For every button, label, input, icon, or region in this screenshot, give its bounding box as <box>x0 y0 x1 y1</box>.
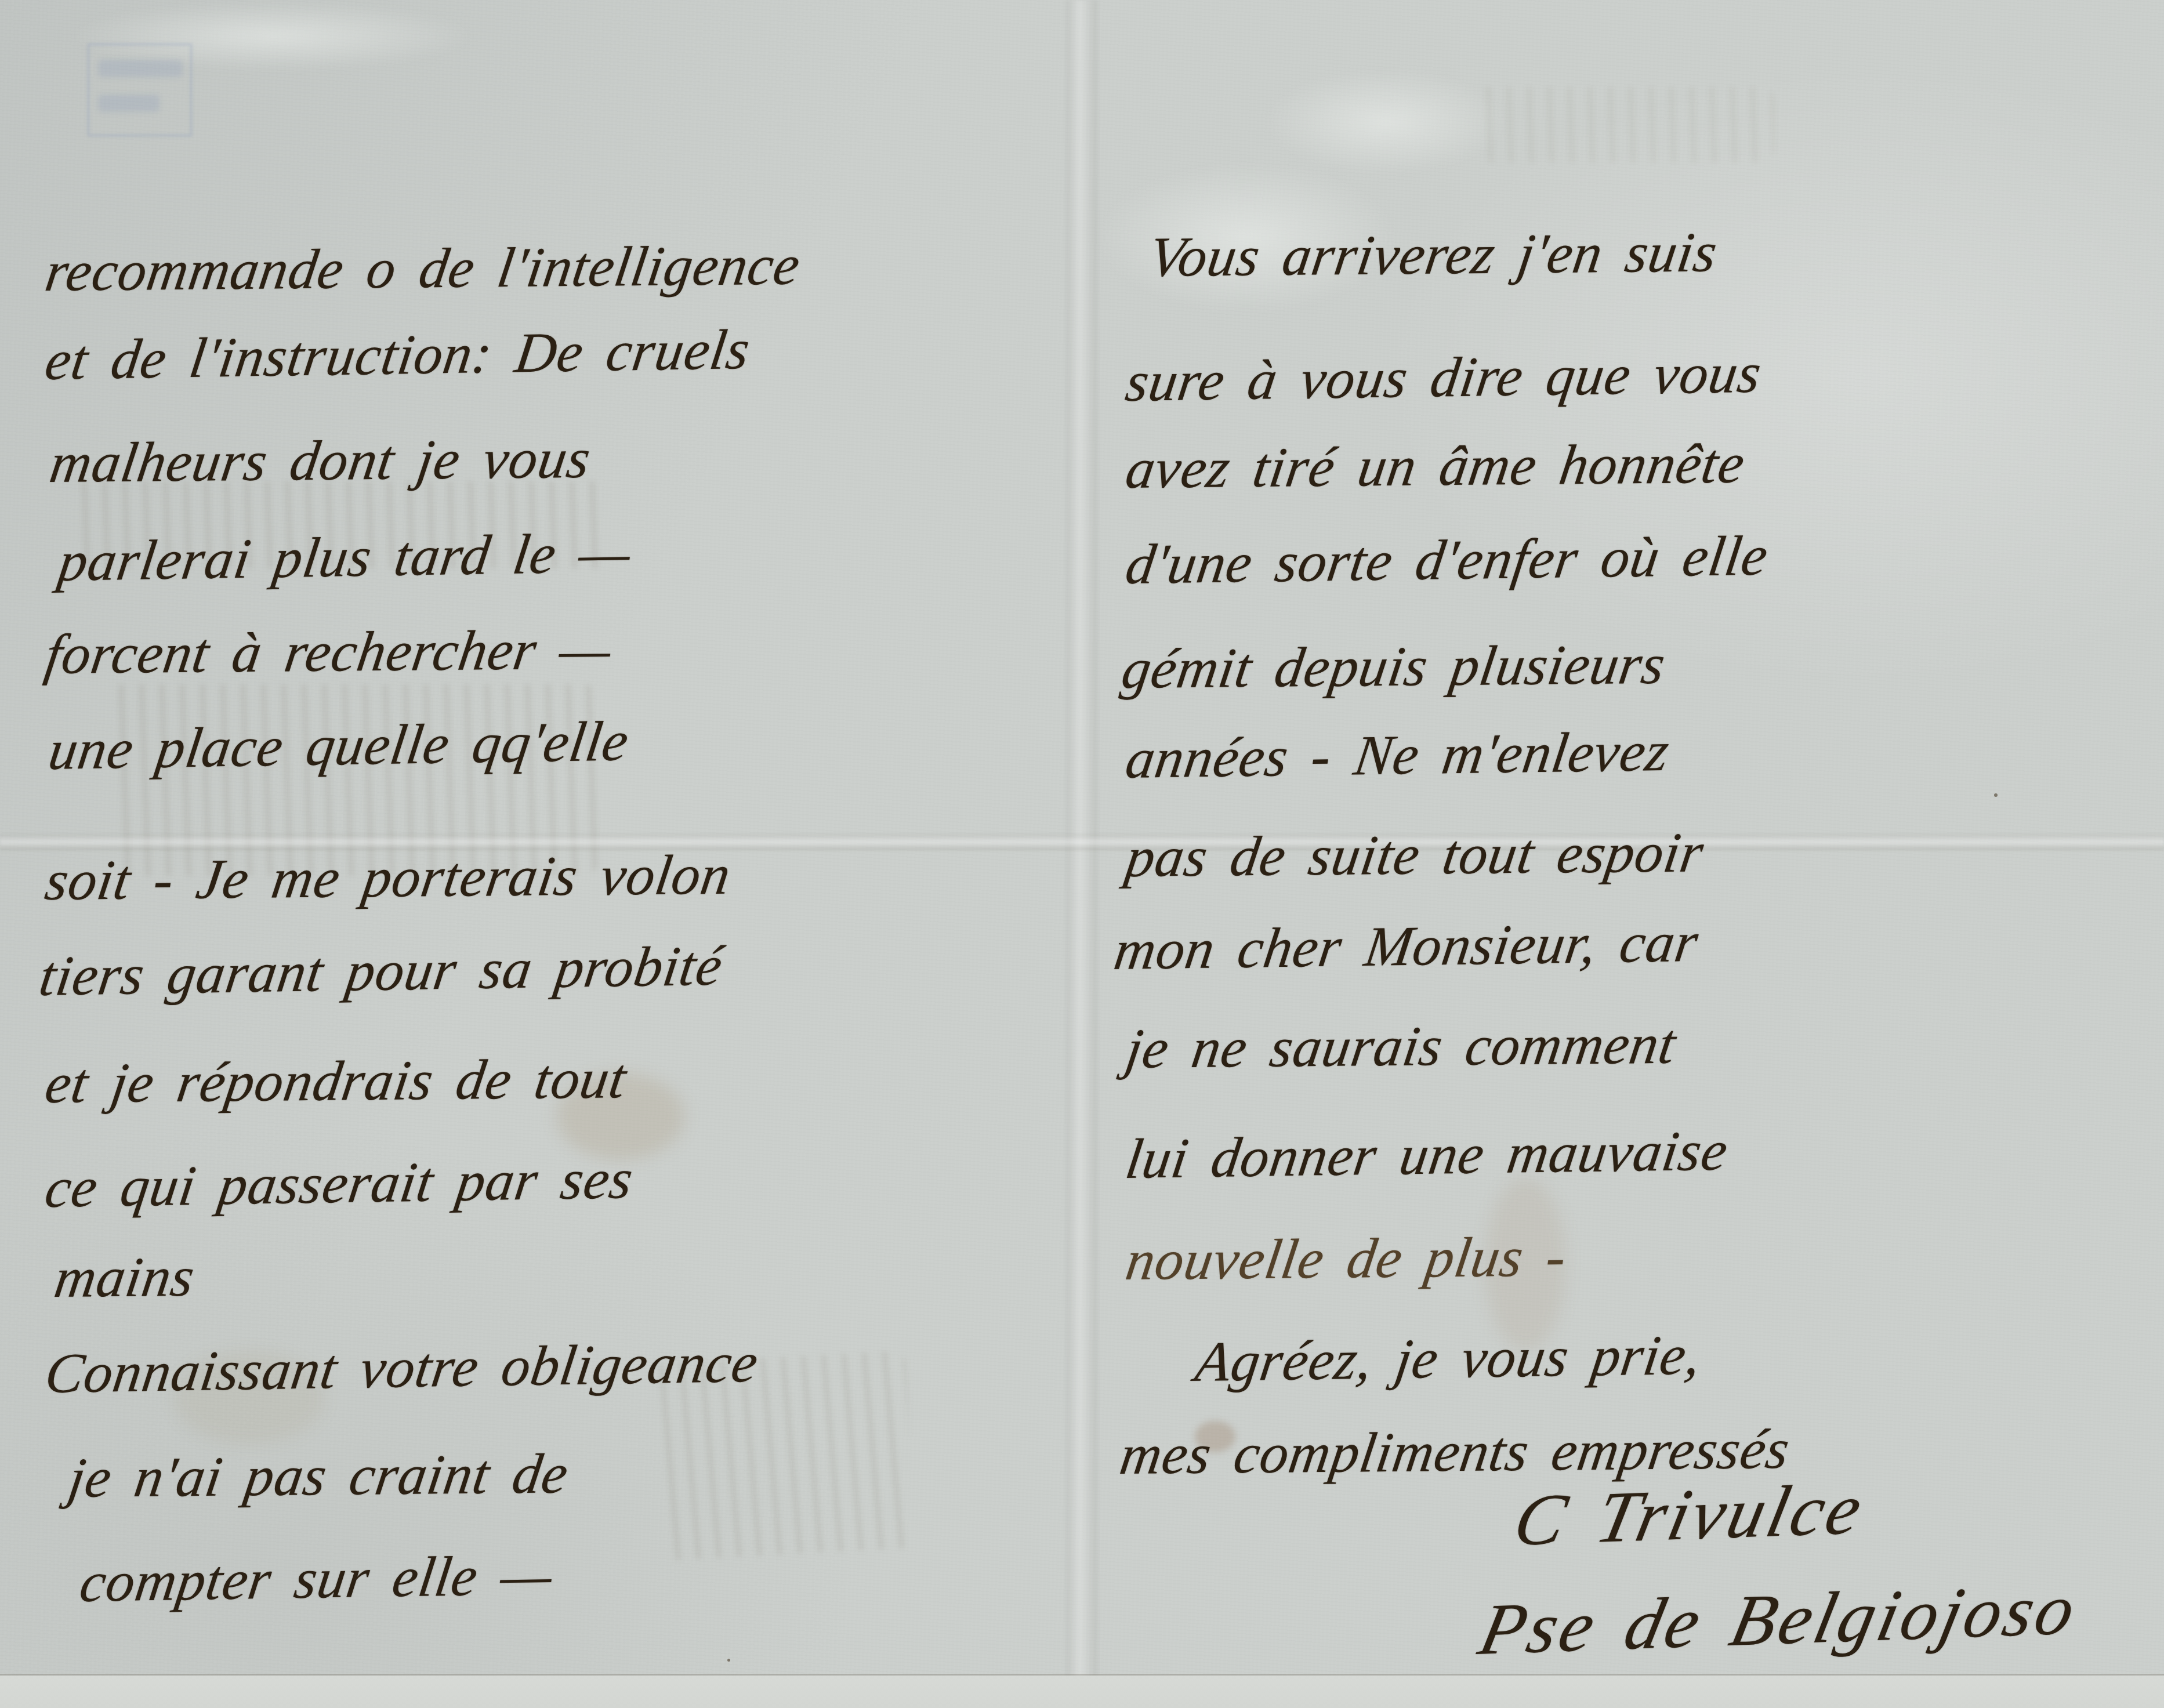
handwritten-line: recommande o de l'intelligence <box>42 237 804 300</box>
handwritten-line: soit - Je me porterais volon <box>42 847 734 909</box>
handwritten-line: compter sur elle — <box>77 1547 556 1611</box>
handwritten-line: mains <box>51 1249 198 1307</box>
handwritten-line: Vous arriverez j'en suis <box>1146 224 1721 286</box>
handwritten-line: lui donner une mauvaise <box>1122 1123 1732 1188</box>
handwritten-line: années - Ne m'enlevez <box>1122 723 1673 788</box>
handwritten-line: tiers garant pour sa probité <box>36 938 726 1005</box>
ink-speck <box>727 1659 730 1662</box>
handwritten-line: je n'ai pas craint de <box>65 1446 572 1507</box>
paper-wrinkle <box>1264 70 1508 174</box>
handwritten-line: ce qui passerait par ses <box>42 1151 637 1217</box>
letter-scan: recommande o de l'intelligence et de l'i… <box>0 0 2164 1708</box>
handwritten-line: gémit depuis plusieurs <box>1118 636 1669 698</box>
ink-showthrough <box>1473 87 1775 162</box>
handwritten-line: Connaissant votre obligeance <box>42 1335 762 1402</box>
stamp-illegible-row <box>98 60 183 77</box>
fold-crease-vertical <box>1066 0 1097 1708</box>
handwritten-line: mes compliments empressés <box>1117 1421 1793 1484</box>
handwritten-line: malheurs dont je vous <box>46 430 595 492</box>
handwritten-line: mon cher Monsieur, car <box>1111 914 1702 979</box>
paper-bottom-edge <box>0 1674 2164 1708</box>
handwritten-line: et je répondrais de tout <box>42 1050 630 1112</box>
signature-line: Pse de Belgiojoso <box>1473 1573 2084 1667</box>
handwritten-line: nouvelle de plus - <box>1122 1228 1571 1289</box>
signature-line: C Trivulce <box>1508 1473 1871 1558</box>
handwritten-line: parlerai plus tard le — <box>55 525 635 590</box>
handwritten-line: pas de suite tout espoir <box>1122 824 1708 886</box>
handwritten-line: forcent à rechercher — <box>42 622 615 683</box>
handwritten-line: d'une sorte d'enfer où elle <box>1122 528 1772 593</box>
handwritten-line: je ne saurais comment <box>1122 1016 1680 1078</box>
handwritten-line: et de l'instruction: De cruels <box>42 321 753 389</box>
stamp-illegible-row <box>98 95 160 112</box>
ink-speck <box>1994 793 1998 797</box>
handwritten-line: avez tiré un âme honnête <box>1122 436 1749 498</box>
handwritten-line: Agréez, je vous prie, <box>1192 1327 1705 1391</box>
handwritten-line: une place quelle qq'elle <box>45 713 632 779</box>
handwritten-line: sure à vous dire que vous <box>1122 345 1765 411</box>
collector-stamp <box>87 43 193 137</box>
